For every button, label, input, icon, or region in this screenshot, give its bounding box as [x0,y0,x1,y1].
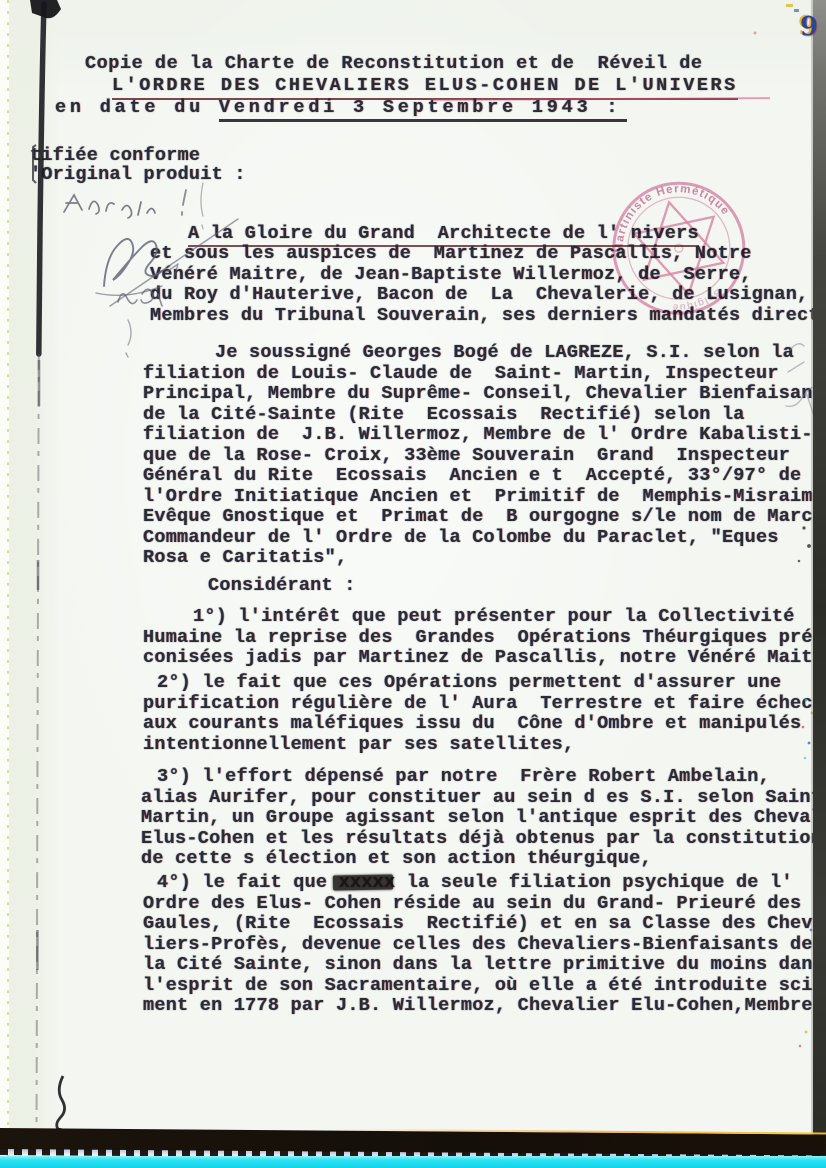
typewritten-line: Principal, Membre du Suprême- Conseil, C… [143,384,826,405]
considerant-item-2: 2°) le fait que ces Opérations permetten… [143,673,813,755]
scanner-edge-left [0,0,9,1168]
typewritten-line: 1°) l'intérêt que peut présenter pour la… [193,607,826,628]
typewritten-line: liers-Profès, devenue celles des Chevali… [143,935,826,956]
date-line: en date du Vendredi 3 Septembre 1943 : [55,98,627,119]
bottom-scan-band [0,1128,826,1155]
typewritten-line: aux courants maléfiques issu du Cône d'O… [143,714,813,735]
scanned-document-page: { "page": { "number": "9", "header": { "… [0,0,826,1168]
typewritten-line: que de la Rose- Croix, 33ème Souverain G… [143,446,826,467]
typewritten-line: Rosa e Caritatis", [143,548,826,569]
date-underlined: Vendredi 3 Septembre 1943 : [219,97,627,122]
typewritten-line: purification régulière de l' Aura Terres… [143,694,813,715]
typewritten-line: 4°) le fait que xxxxx la seule filiation… [157,873,826,894]
considerant-heading: Considérant : [208,576,356,597]
declaration-paragraph: Je soussigné Georges Bogé de LAGREZE, S.… [143,343,826,569]
typewritten-line: filiation de J.B. Willermoz, Membre de l… [143,425,826,446]
certification-note-line-1: tifiée conforme [30,146,200,165]
martinist-stamp: Martiniste Hermétique Belgique [593,162,766,335]
typewritten-line: de la Cité-Sainte (Rite Ecossais Rectifi… [143,405,826,426]
typewritten-line: Evêque Gnostique et Primat de B ourgogne… [143,507,826,528]
typewritten-line: la Cité Sainte, sinon dans la lettre pri… [143,955,826,976]
typewritten-line: Gaules, (Rite Ecossais Rectifié) et en s… [143,914,826,935]
considerant-item-3: 3°) l'effort dépensé par notre Frère Rob… [141,767,826,870]
typewritten-line: ment en 1778 par J.B. Willermoz, Chevali… [143,996,826,1017]
header-line-1: Copie de la Charte de Reconstitution et … [85,54,703,75]
certification-note-line-2: 'Original produit : [30,165,246,184]
stamp-center-dot [674,243,683,252]
typewritten-line: l'esprit de son Sacramentaire, où elle a… [143,976,826,997]
typewritten-line: Ordre des Elus- Cohen réside au sein du … [143,894,826,915]
typewritten-line: Commandeur de l' Ordre de la Colombe du … [143,528,826,549]
order-title-underlined: L'ORDRE DES CHEVALIERS ELUS-COHEN DE L'U… [112,75,738,100]
typewritten-line: conisées jadis par Martinez de Pascallis… [143,648,826,669]
crossed-out-word-blot [333,874,393,890]
typewritten-line: 3°) l'effort dépensé par notre Frère Rob… [157,767,826,788]
typewritten-line: alias Aurifer, pour constituer au sein d… [141,788,826,809]
typewritten-line: Martin, un Groupe agissant selon l'antiq… [141,808,826,829]
typewritten-line: Humaine la reprise des Grandes Opération… [143,628,826,649]
considerant-item-1: 1°) l'intérêt que peut présenter pour la… [143,607,826,669]
typewritten-line: l'Ordre Initiatique Ancien et Primitif d… [143,487,826,508]
page-number: 9 [800,14,818,40]
typewritten-line: intentionnellement par ses satellites, [143,735,813,756]
date-prefix: en date du [55,97,219,118]
scanner-edge-right [813,0,826,1168]
order-title-line: L'ORDRE DES CHEVALIERS ELUS-COHEN DE L'U… [112,76,738,97]
typewritten-line: Je soussigné Georges Bogé de LAGREZE, S.… [215,343,826,364]
typewritten-line: 2°) le fait que ces Opérations permetten… [157,673,813,694]
typewritten-line: filiation de Louis- Claude de Saint- Mar… [143,364,826,385]
typewritten-line: Général du Rite Ecossais Ancien e t Acce… [143,466,826,487]
typewritten-line: de cette s élection et son action théurg… [141,849,826,870]
typewritten-line: Elus-Cohen et les résultats déjà obtenus… [141,829,826,850]
bottom-cyan-stripe [0,1156,826,1168]
considerant-item-4: 4°) le fait que xxxxx la seule filiation… [143,873,826,1017]
